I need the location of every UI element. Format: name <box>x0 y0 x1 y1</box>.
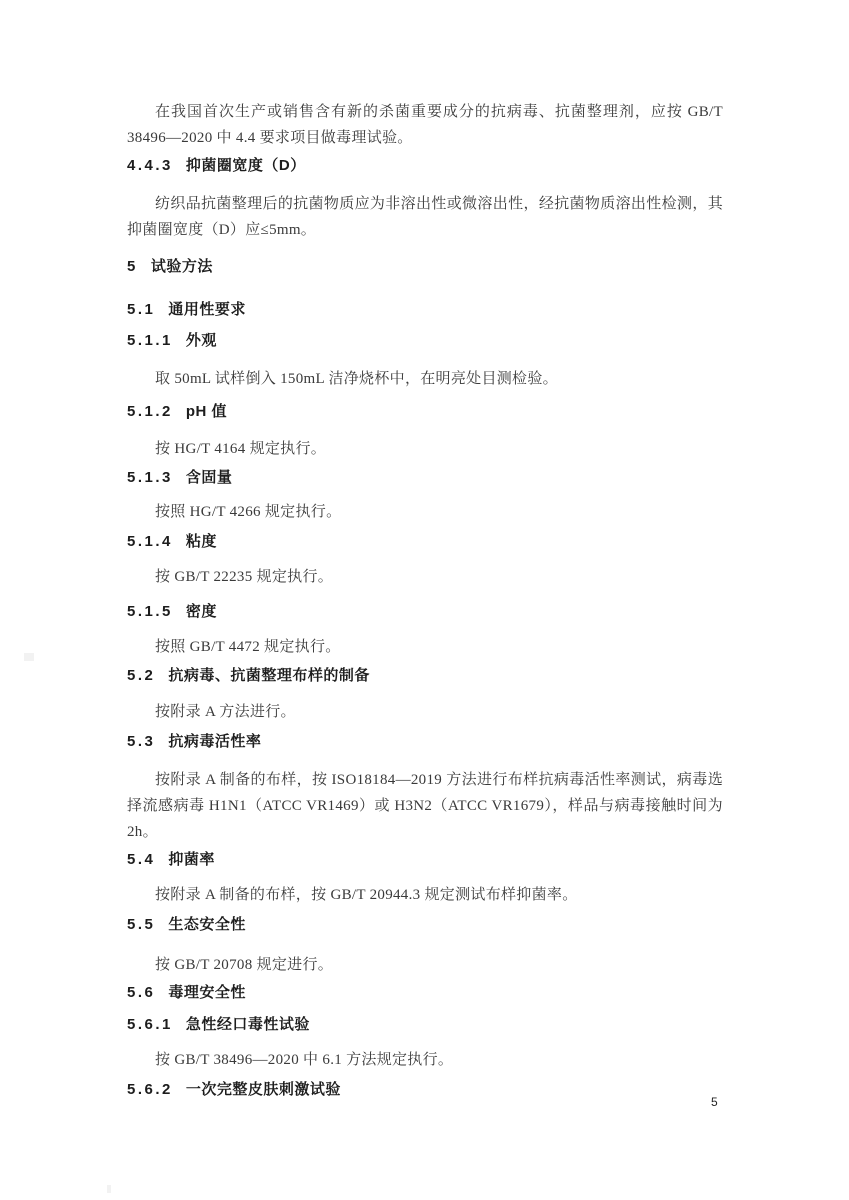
paragraph-eco-safety-method: 按 GB/T 20708 规定进行。 <box>127 952 723 978</box>
section-title: 含固量 <box>186 469 233 486</box>
section-number: 5.1 <box>127 301 155 318</box>
section-heading-5-3: 5.3抗病毒活性率 <box>127 732 723 752</box>
section-number: 5 <box>127 258 138 275</box>
section-heading-5-6-1: 5.6.1急性经口毒性试验 <box>127 1015 723 1035</box>
section-title: 生态安全性 <box>168 916 246 933</box>
paragraph-ph-method: 按 HG/T 4164 规定执行。 <box>127 436 723 462</box>
scan-artifact <box>107 1185 111 1193</box>
paragraph-viscosity-method: 按 GB/T 22235 规定执行。 <box>127 564 723 590</box>
section-title: 通用性要求 <box>168 301 246 318</box>
section-number: 5.1.4 <box>127 533 173 550</box>
page-number: 5 <box>711 1095 718 1109</box>
section-title: pH 值 <box>186 403 227 420</box>
paragraph-inhibition-zone: 纺织品抗菌整理后的抗菌物质应为非溶出性或微溶出性，经抗菌物质溶出性检测，其抑菌圈… <box>127 191 723 243</box>
paragraph-oral-toxicity-method: 按 GB/T 38496—2020 中 6.1 方法规定执行。 <box>127 1047 723 1073</box>
section-title: 抑菌圈宽度（D） <box>186 157 306 174</box>
section-heading-5-6-2: 5.6.2一次完整皮肤刺激试验 <box>127 1080 723 1100</box>
section-number: 5.6 <box>127 984 155 1001</box>
section-number: 5.1.2 <box>127 403 173 420</box>
section-title: 抗病毒活性率 <box>168 733 261 750</box>
section-title: 密度 <box>186 603 217 620</box>
section-number: 5.4 <box>127 851 155 868</box>
paragraph-antiviral-activity-method: 按附录 A 制备的布样，按 ISO18184—2019 方法进行布样抗病毒活性率… <box>127 767 723 845</box>
section-heading-5-4: 5.4抑菌率 <box>127 850 723 870</box>
section-number: 5.2 <box>127 667 155 684</box>
paragraph-sample-prep: 按附录 A 方法进行。 <box>127 699 723 725</box>
section-title: 抗病毒、抗菌整理布样的制备 <box>168 667 370 684</box>
section-number: 5.1.5 <box>127 603 173 620</box>
section-number: 5.3 <box>127 733 155 750</box>
section-heading-5-1-5: 5.1.5密度 <box>127 602 723 622</box>
section-heading-4-4-3: 4.4.3抑菌圈宽度（D） <box>127 156 723 176</box>
section-heading-5-2: 5.2抗病毒、抗菌整理布样的制备 <box>127 666 723 686</box>
paragraph-toxicology-requirement: 在我国首次生产或销售含有新的杀菌重要成分的抗病毒、抗菌整理剂，应按 GB/T 3… <box>127 99 723 151</box>
section-heading-5-5: 5.5生态安全性 <box>127 915 723 935</box>
section-title: 抑菌率 <box>168 851 215 868</box>
section-heading-5-1-3: 5.1.3含固量 <box>127 468 723 488</box>
section-heading-5-1: 5.1通用性要求 <box>127 300 723 320</box>
paragraph-solid-content-method: 按照 HG/T 4266 规定执行。 <box>127 499 723 525</box>
section-title: 试验方法 <box>151 258 213 275</box>
paragraph-density-method: 按照 GB/T 4472 规定执行。 <box>127 634 723 660</box>
section-title: 粘度 <box>186 533 217 550</box>
section-title: 急性经口毒性试验 <box>186 1016 310 1033</box>
section-number: 5.1.3 <box>127 469 173 486</box>
section-heading-5-1-2: 5.1.2pH 值 <box>127 402 723 422</box>
section-title: 一次完整皮肤刺激试验 <box>186 1081 341 1098</box>
section-heading-5-1-1: 5.1.1外观 <box>127 331 723 351</box>
section-heading-5-1-4: 5.1.4粘度 <box>127 532 723 552</box>
chapter-heading-5: 5试验方法 <box>127 257 723 277</box>
section-heading-5-6: 5.6毒理安全性 <box>127 983 723 1003</box>
scan-artifact <box>24 653 34 661</box>
paragraph-bacteriostatic-rate-method: 按附录 A 制备的布样，按 GB/T 20944.3 规定测试布样抑菌率。 <box>127 882 723 908</box>
document-page: 在我国首次生产或销售含有新的杀菌重要成分的抗病毒、抗菌整理剂，应按 GB/T 3… <box>0 0 849 1200</box>
section-number: 5.6.1 <box>127 1016 173 1033</box>
section-number: 5.6.2 <box>127 1081 173 1098</box>
section-number: 5.5 <box>127 916 155 933</box>
paragraph-appearance-test: 取 50mL 试样倒入 150mL 洁净烧杯中，在明亮处目测检验。 <box>127 366 723 392</box>
section-title: 毒理安全性 <box>168 984 246 1001</box>
section-title: 外观 <box>186 332 217 349</box>
section-number: 4.4.3 <box>127 157 173 174</box>
section-number: 5.1.1 <box>127 332 173 349</box>
